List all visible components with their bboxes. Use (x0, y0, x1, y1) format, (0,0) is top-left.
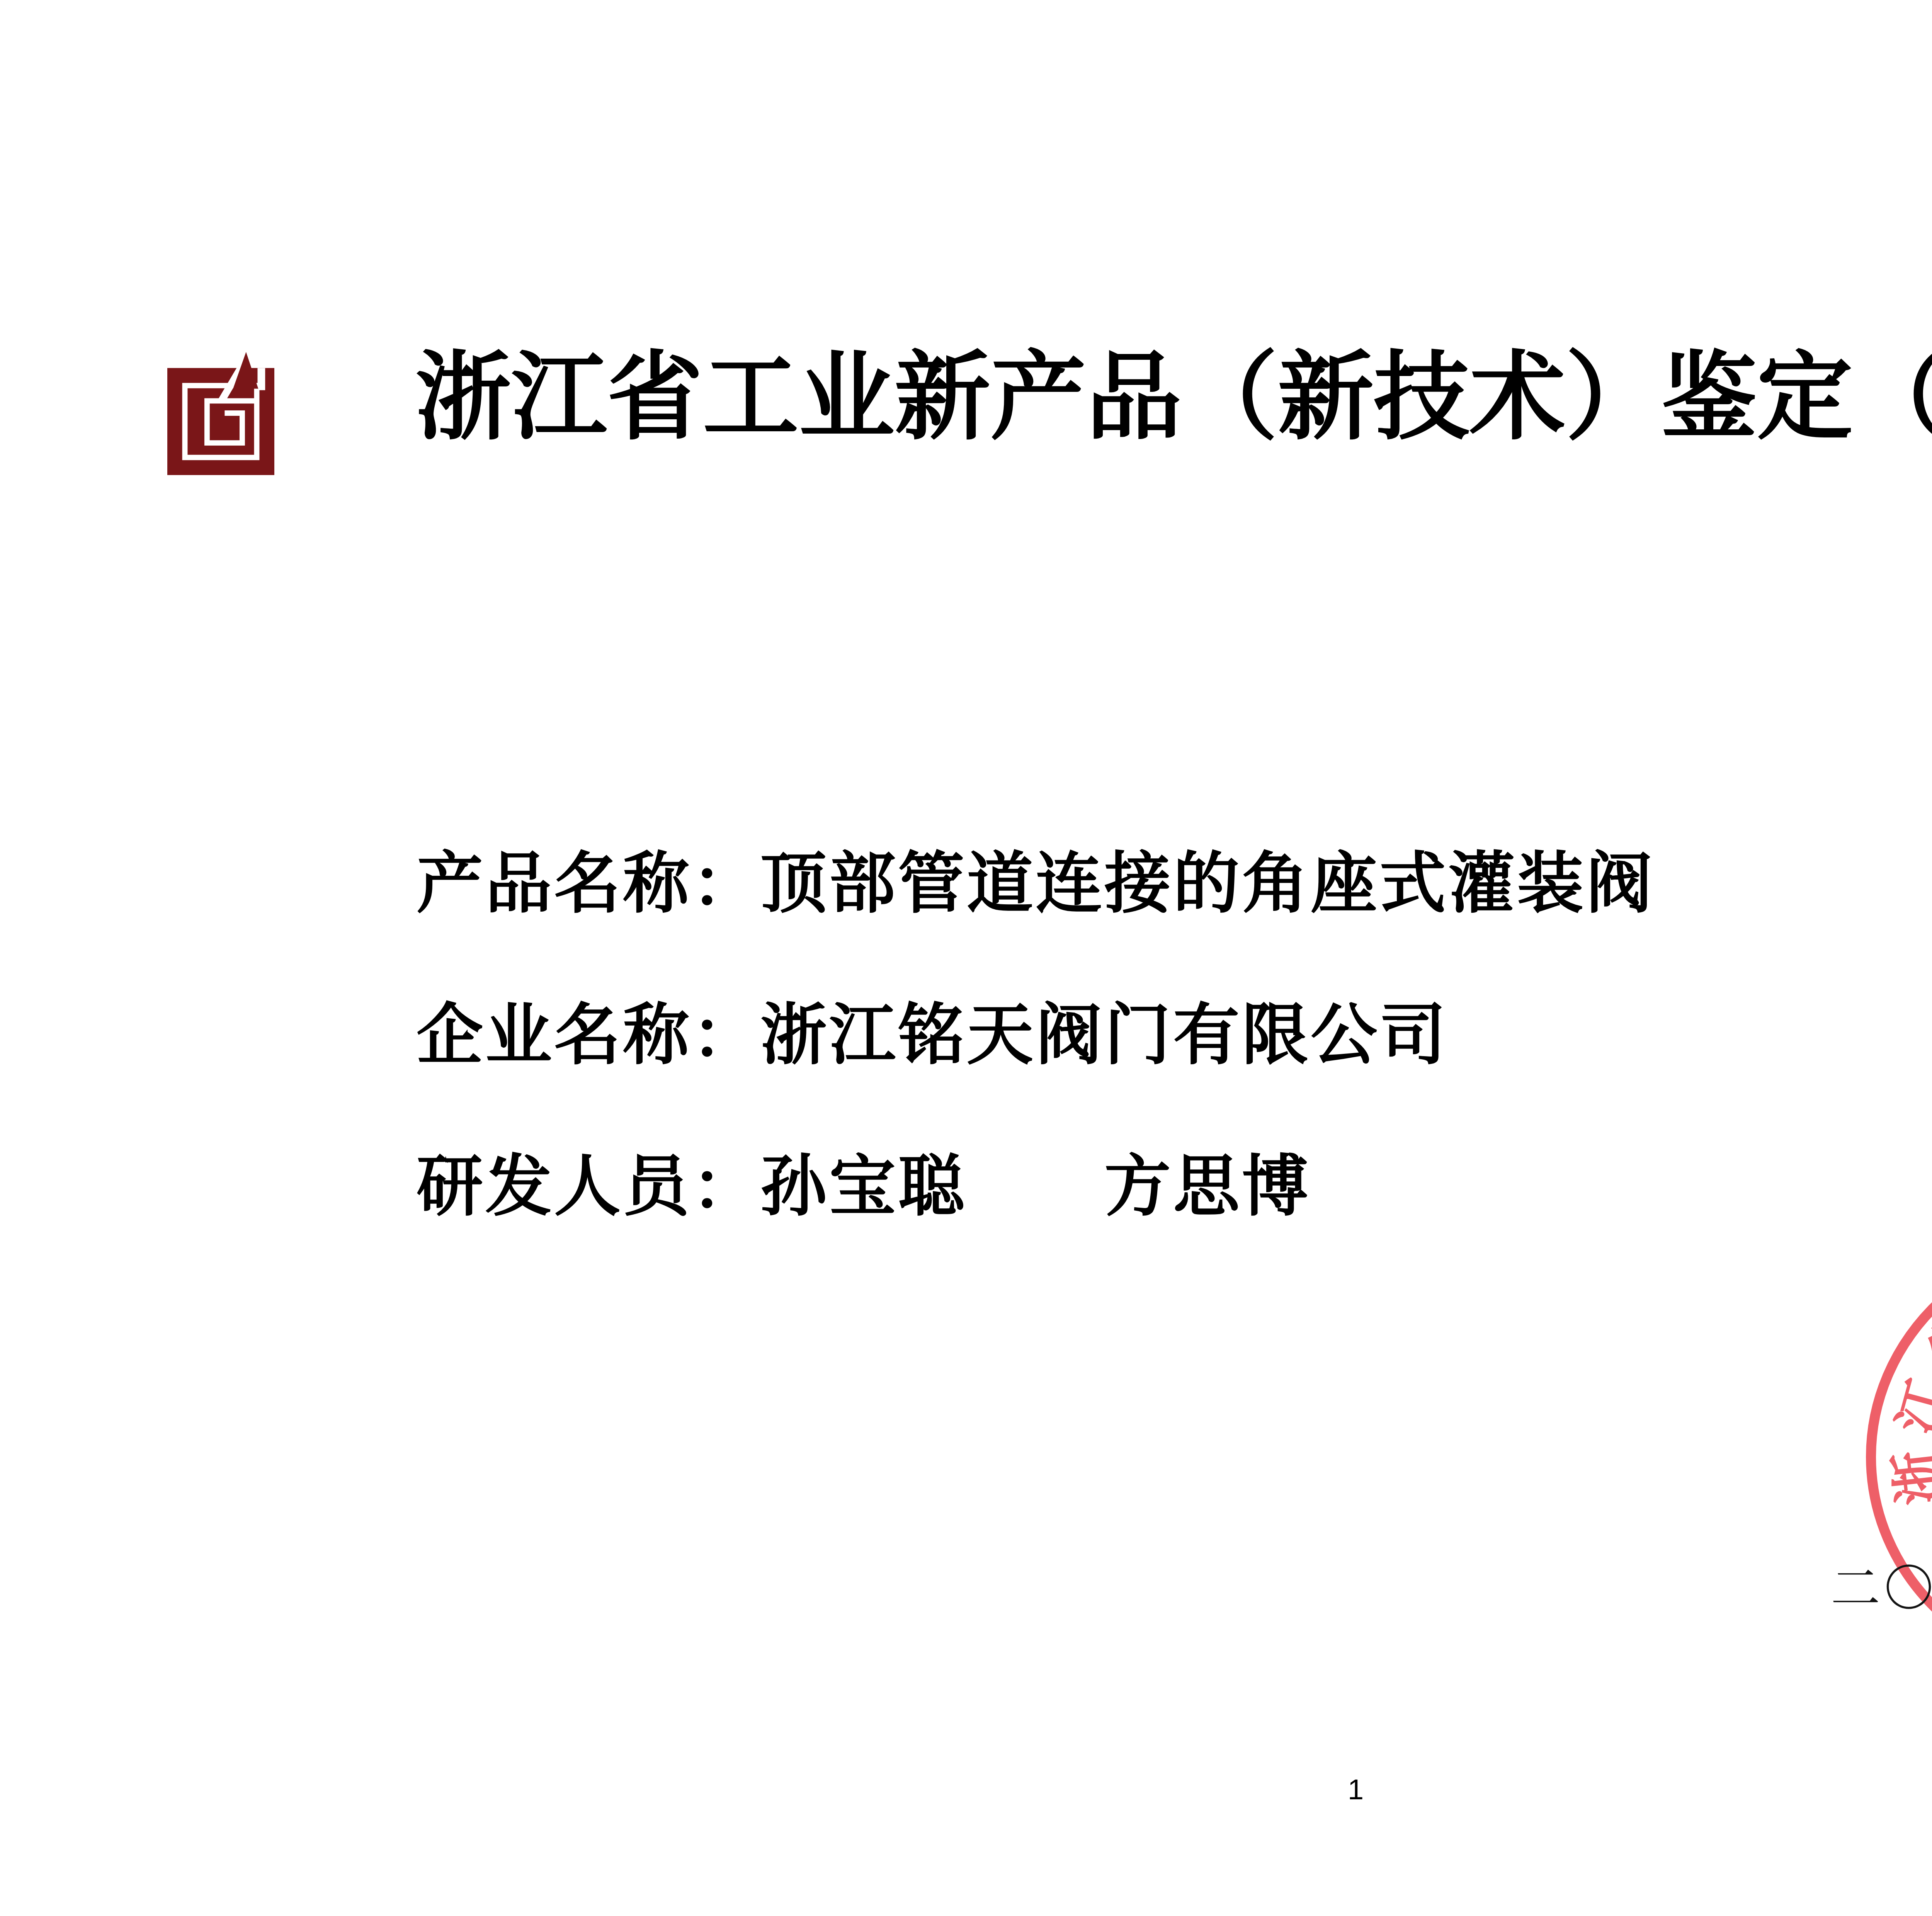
field-company-name: 企业名称：浙江铭天阀门有限公司 (417, 1002, 1655, 1070)
field-rd-personnel: 研发人员：孙宝聪 方思博 (417, 1153, 1655, 1221)
certificate-logo (167, 351, 274, 475)
field-rd-personnel-value: 孙宝聪 方思博 (760, 1150, 1311, 1224)
field-company-name-label: 企业名称： (417, 999, 760, 1072)
official-seal-stamp: 浙江省经济和信息化厅 新产品鉴定验收专用章 (1859, 1227, 1932, 1695)
field-product-name-label: 产品名称： (417, 847, 760, 921)
field-company-name-value: 浙江铭天阀门有限公司 (760, 999, 1448, 1072)
field-rd-personnel-label: 研发人员： (417, 1150, 760, 1224)
issue-date: 二〇二〇年六月七日 (1831, 1549, 1932, 1620)
certificate-page: 浙江省工业新产品（新技术）鉴定（验收）证书 证书编号：20200806 产品名称… (0, 0, 1932, 1916)
field-product-name: 产品名称：顶部管道连接的角座式灌装阀 (417, 850, 1655, 918)
certificate-fields: 产品名称：顶部管道连接的角座式灌装阀 企业名称：浙江铭天阀门有限公司 研发人员：… (417, 850, 1655, 1305)
page-number: 1 (0, 1773, 1932, 1806)
seal-icon: 浙江省经济和信息化厅 新产品鉴定验收专用章 (1859, 1227, 1932, 1695)
certificate-title: 浙江省工业新产品（新技术）鉴定（验收）证书 (415, 337, 1932, 457)
maze-emblem-icon (167, 351, 274, 475)
field-product-name-value: 顶部管道连接的角座式灌装阀 (760, 847, 1655, 921)
